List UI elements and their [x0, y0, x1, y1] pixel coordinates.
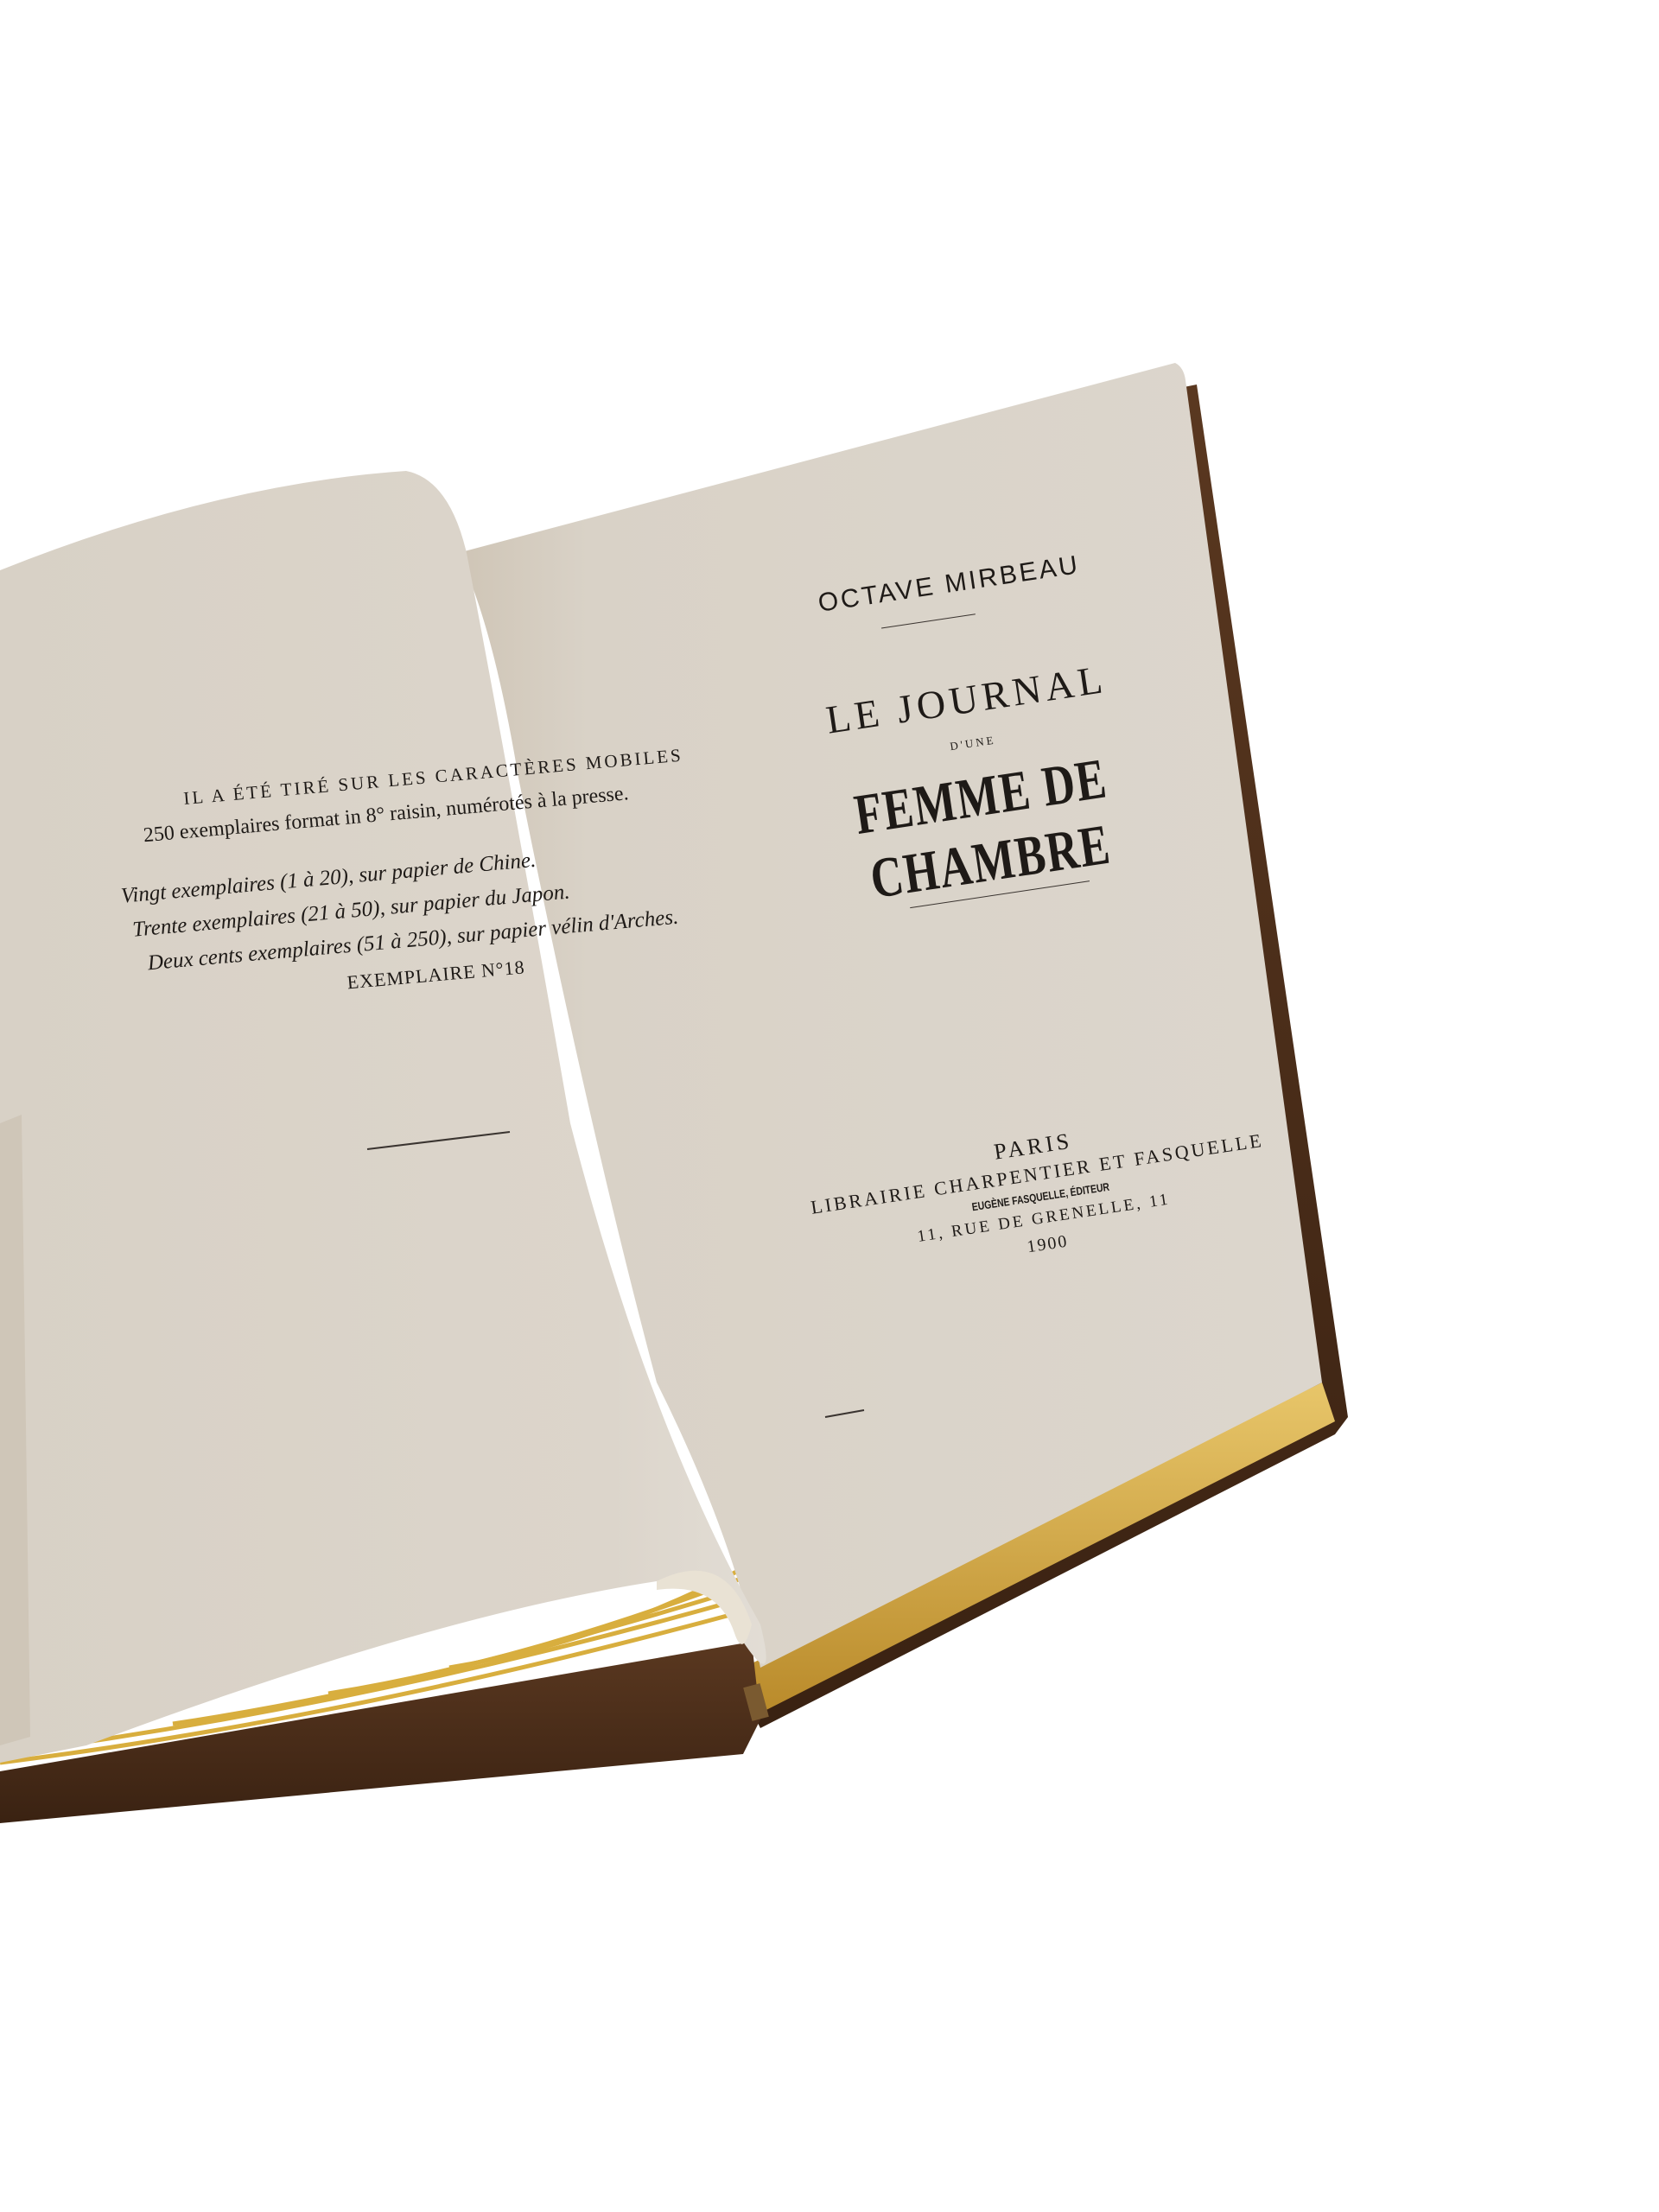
book-photo: IL A ÉTÉ TIRÉ SUR LES CARACTÈRES MOBILES…: [0, 0, 1659, 2212]
author-rule: [881, 613, 976, 628]
title-page: OCTAVE MIRBEAU LE JOURNAL D'UNE FEMME DE…: [643, 491, 1369, 1434]
copy-number: EXEMPLAIRE N°18: [346, 956, 526, 994]
left-page-justification: IL A ÉTÉ TIRÉ SUR LES CARACTÈRES MOBILES…: [104, 731, 677, 1225]
